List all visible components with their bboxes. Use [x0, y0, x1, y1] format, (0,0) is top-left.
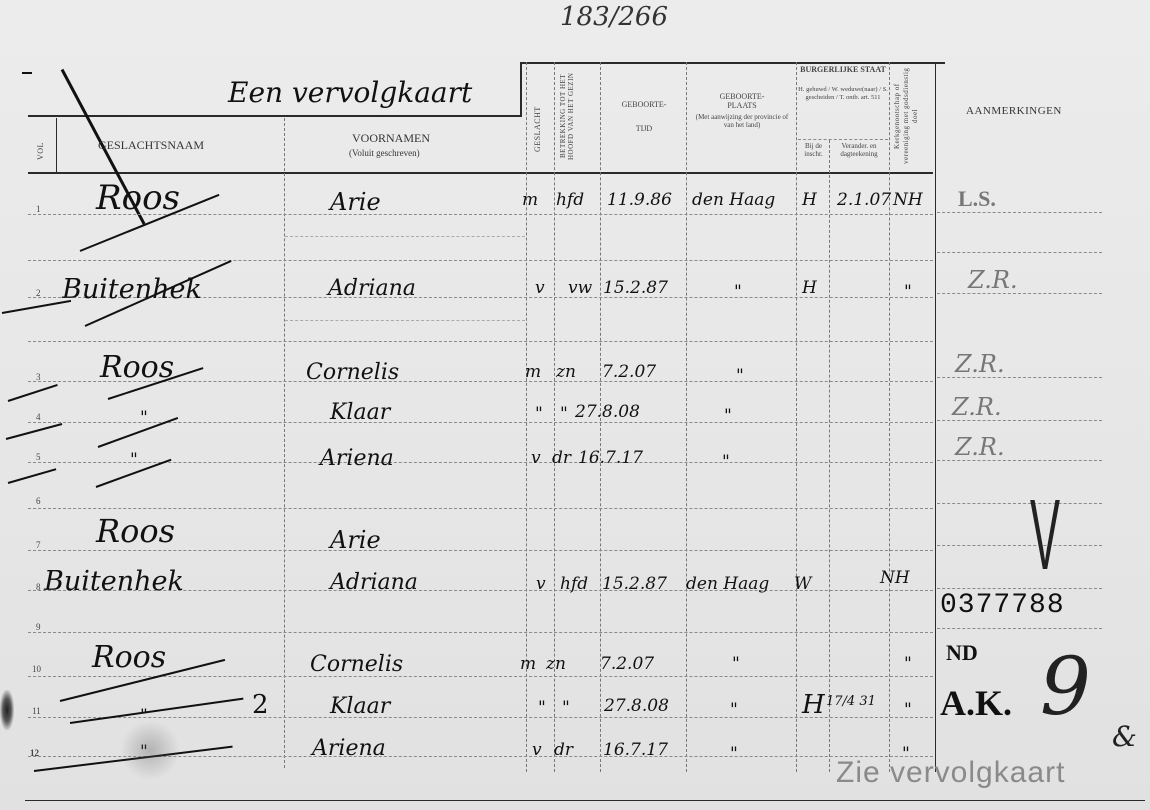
firstname: Adriana	[328, 276, 416, 301]
firstname: Klaar	[330, 400, 390, 425]
row-line	[285, 236, 525, 237]
remarks: Z.R.	[968, 266, 1018, 294]
birthdate: 15.2.87	[602, 574, 667, 594]
civil-status: H	[802, 690, 825, 720]
row-number: 12	[30, 748, 39, 758]
firstname: Ariena	[320, 446, 394, 471]
row-number: 5	[36, 452, 41, 462]
stamp-nd: ND	[946, 640, 978, 666]
col-sep-civil	[829, 140, 830, 772]
strike-line	[2, 300, 71, 314]
check-mark: V	[1030, 478, 1060, 593]
civil-status: H	[802, 190, 817, 210]
header-birthtime-1: GEBOORTE-	[604, 100, 684, 109]
col-sep-birthdate	[686, 62, 687, 772]
relation: hfd	[556, 190, 584, 210]
row-number: 11	[32, 706, 41, 716]
relation: hfd	[560, 574, 588, 594]
firstname: Ariena	[312, 736, 386, 761]
birthdate: 27.8.08	[604, 696, 669, 716]
sex: "	[538, 698, 546, 718]
smudge	[120, 720, 180, 780]
birthplace: "	[722, 452, 730, 472]
religion: NH	[880, 568, 910, 588]
dash-mark	[22, 72, 32, 74]
birthdate: 7.2.07	[602, 362, 656, 382]
firstname: Adriana	[330, 570, 418, 595]
row-line	[28, 508, 933, 509]
civil-status: W	[794, 574, 811, 594]
relation: "	[562, 698, 570, 718]
birthdate: 7.2.07	[600, 654, 654, 674]
sex: "	[535, 404, 543, 424]
religion: NH	[893, 190, 923, 210]
remarks: L.S.	[958, 186, 996, 212]
card-title-handwritten: Een vervolgkaart	[228, 76, 472, 109]
birthplace: "	[736, 366, 744, 386]
remarks: Z.R.	[955, 433, 1005, 461]
row-number: 9	[36, 622, 41, 632]
civil-status: H	[802, 278, 817, 298]
remarks-line	[937, 252, 1102, 253]
sex: v	[536, 574, 546, 594]
header-civil-status-sub: H. gehuwd / W. weduwe(naar) / S. geschei…	[798, 86, 888, 102]
birthplace: "	[730, 744, 738, 764]
header-surname: GESLACHTSNAAM	[98, 138, 204, 153]
row-line	[28, 260, 933, 261]
surname: "	[140, 408, 148, 428]
header-remarks: AANMERKINGEN	[966, 105, 1062, 117]
handwritten-initial-mark: 9	[1040, 640, 1091, 733]
birthplace: den Haag	[686, 574, 769, 594]
surname: Buitenhek	[62, 274, 202, 305]
header-sex: GESLACHT	[533, 92, 542, 167]
relation: vw	[568, 278, 592, 298]
relation: zn	[546, 654, 566, 674]
surname: Roos	[96, 178, 180, 218]
civil-change: 17/4 31	[826, 694, 876, 709]
sex: v	[535, 278, 545, 298]
header-religion: Kerkgenootschap of vereeniging met godsd…	[893, 64, 933, 168]
remarks-line	[937, 293, 1102, 294]
header-birthtime-2: TIJD	[604, 124, 684, 133]
row-number: 7	[36, 540, 41, 550]
birthdate: 15.2.87	[603, 278, 668, 298]
sex: m	[522, 190, 538, 210]
relation: zn	[556, 362, 576, 382]
strike-line	[8, 468, 57, 484]
header-left-step	[520, 62, 522, 115]
surname: Buitenhek	[44, 566, 184, 597]
birthdate: 27.8.08	[575, 402, 640, 422]
firstname: Arie	[330, 188, 381, 216]
firstname: Cornelis	[306, 360, 399, 385]
religion: "	[904, 700, 912, 720]
row-number: 8	[36, 582, 41, 592]
col-sep-surname	[284, 118, 285, 768]
row-number: 10	[32, 664, 41, 674]
remarks-line	[937, 545, 1102, 546]
row-line	[28, 632, 933, 633]
header-at-registration: Bij de inschr.	[798, 142, 829, 158]
remarks-line	[937, 588, 1102, 589]
religion: "	[904, 654, 912, 674]
remarks-line	[937, 212, 1102, 213]
surname: Roos	[92, 640, 166, 675]
header-birthplace-sub: (Met aanwijzing der provincie of van het…	[690, 113, 794, 129]
birthplace: "	[724, 406, 732, 426]
row-line	[28, 717, 933, 718]
header-firstnames: VOORNAMEN	[352, 131, 430, 146]
firstname: Cornelis	[310, 652, 403, 677]
col-sep-vol	[56, 118, 57, 172]
header-birthplace-1: GEBOORTE-	[690, 92, 794, 101]
relation: dr	[554, 740, 573, 760]
strike-line	[6, 423, 63, 440]
title-underline	[28, 115, 522, 117]
remarks: Z.R.	[955, 350, 1005, 378]
row-number: 6	[36, 496, 41, 506]
header-birthplace-2: PLAATS	[690, 101, 794, 110]
sex: v	[532, 740, 542, 760]
header-firstnames-sub: (Voluit geschreven)	[349, 148, 420, 158]
surname: Roos	[96, 512, 175, 550]
ink-stain	[0, 690, 14, 730]
stamp-ak: A.K.	[940, 682, 1012, 724]
birthplace: "	[730, 700, 738, 720]
row-number: 4	[36, 412, 41, 422]
birthdate: 11.9.86	[607, 190, 672, 210]
civil-subheader-line	[798, 139, 888, 140]
row-number: 3	[36, 372, 41, 382]
header-bottom-border	[28, 172, 933, 174]
relation: "	[560, 404, 568, 424]
reference-number: 183/266	[560, 2, 668, 32]
surname: "	[130, 450, 138, 470]
col-sep-religion	[935, 62, 936, 772]
birthdate: 16.7.17	[603, 740, 668, 760]
row-line	[28, 550, 933, 551]
margin-mark: 2	[252, 690, 269, 720]
card-bottom-border	[25, 800, 1145, 801]
stamp-zie-vervolgkaart: Zie vervolgkaart	[836, 756, 1065, 790]
header-relation: BETREKKING TOT HET HOOFD VAN HET GEZIN	[559, 64, 597, 168]
birthplace: den Haag	[692, 190, 775, 210]
header-change-date: Verander. en dagteekening	[830, 142, 888, 158]
birthplace: "	[732, 654, 740, 674]
archive-number-stamp: 0377788	[940, 590, 1065, 621]
sex: m	[525, 362, 541, 382]
header-civil-status: BURGERLIJKE STAAT	[798, 65, 888, 74]
birthdate: 16.7.17	[578, 448, 643, 468]
birthplace: "	[734, 282, 742, 302]
sex: v	[531, 448, 541, 468]
firstname: Klaar	[330, 694, 390, 719]
firstname: Arie	[330, 526, 381, 554]
remarks-line	[937, 628, 1102, 629]
handwritten-small-mark: &	[1112, 720, 1137, 753]
civil-change: 2.1.07	[837, 190, 891, 210]
col-sep-civil-change	[889, 62, 890, 772]
religion: "	[904, 282, 912, 302]
row-number: 1	[36, 204, 41, 214]
header-vol: VOL	[36, 135, 45, 167]
row-line	[28, 341, 933, 342]
strike-line	[8, 384, 58, 402]
row-line	[285, 320, 525, 321]
relation: dr	[552, 448, 571, 468]
sex: m	[520, 654, 536, 674]
remarks-line	[937, 503, 1102, 504]
row-number: 2	[36, 288, 41, 298]
col-sep-birthplace	[796, 62, 797, 772]
remarks: Z.R.	[952, 393, 1002, 421]
registration-card: 183/266 Een vervolgkaart VOL GESLACHTSNA…	[0, 0, 1150, 810]
